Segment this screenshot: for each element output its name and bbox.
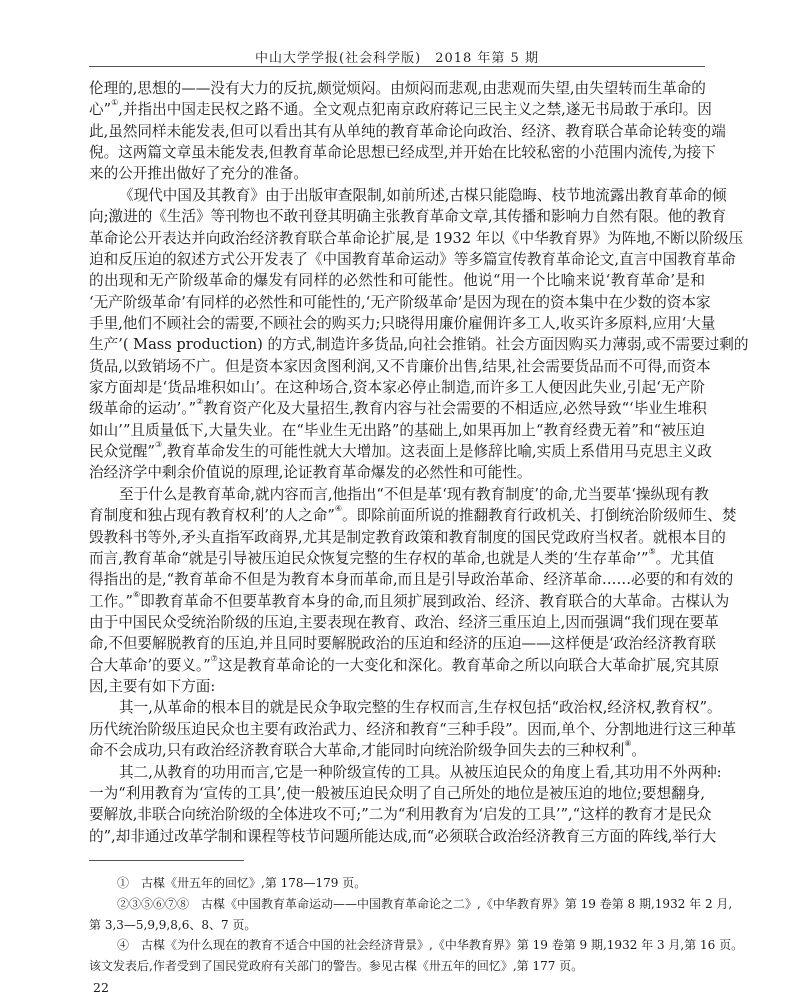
running-header: 中山大学学报(社会科学版) 2018 年第 5 期 — [0, 47, 794, 66]
body-line: 工作。”⑥即教育革命不但要革教育本身的命,而且须扩展到政治、经济、教育联合的大革… — [89, 591, 705, 612]
footnotes: ① 古楳《卅五年的回忆》,第 178—179 页。②③⑤⑥⑦⑧ 古楳《中国教育革… — [89, 873, 705, 977]
body-line: 一为“利用教育为‘宣传的工具’,使一般被压迫民众明了自己所处的地位是被压迫的地位… — [89, 783, 705, 804]
footnote-marker[interactable]: ③ — [155, 440, 162, 449]
body-line: 民众觉醒”③,教育革命发生的可能性就大大增加。这表面上是修辞比喻,实质上系借用马… — [89, 441, 705, 462]
footnote-marker[interactable]: ⑥ — [133, 590, 140, 599]
footnote-marker[interactable]: ① — [111, 98, 118, 107]
footnote-marker[interactable]: ⑧ — [624, 739, 631, 748]
header-divider — [89, 66, 705, 67]
body-line: 向;激进的《生活》等刊物也不敢刊登其明确主张教育革命文章,其传播和影响力自然有限… — [89, 206, 705, 227]
footnote-line: 该文发表后,作者受到了国民党政府有关部门的警告。参见古楳《卅五年的回忆》,第 1… — [89, 956, 705, 977]
body-line: 历代统治阶级压迫民众也主要有政治武力、经济和教育“三种手段”。因而,单个、分割地… — [89, 719, 705, 740]
body-line: 迫和反压迫的叙述方式公开发表了《中国教育革命运动》等多篇宣传教育革命论文,直言中… — [89, 249, 705, 270]
body-line: 货品,以致销场不广。但是资本家因贪图利润,又不肯廉价出售,结果,社会需要货品而不… — [89, 356, 705, 377]
body-line: 伦理的,思想的——没有大力的反抗,颇觉烦闷。由烦闷而悲观,由悲观而失望,由失望转… — [89, 78, 705, 99]
body-line: 育制度和独占现有教育权利’的人之命”④。即除前面所说的推翻教育行政机关、打倒统治… — [89, 505, 705, 526]
body-line: 倪。这两篇文章虽未能发表,但教育革命论思想已经成型,并开始在比较私密的小范围内流… — [89, 142, 705, 163]
footnote-marker[interactable]: ⑤ — [648, 547, 655, 556]
body-text: 伦理的,思想的——没有大力的反抗,颇觉烦闷。由烦闷而悲观,由悲观而失望,由失望转… — [89, 78, 705, 847]
body-line: 命不会成功,只有政治经济教育联合大革命,才能同时向统治阶级争回失去的三种权利⑧。 — [89, 740, 705, 761]
footnote-marker[interactable]: ② — [196, 397, 203, 406]
body-line: 生产’( Mass production) 的方式,制造许多货品,向社会推销。社… — [89, 334, 705, 355]
body-line: 来的公开推出做好了充分的准备。 — [89, 163, 705, 184]
body-line: 心”①,并指出中国走民权之路不通。全文观点犯南京政府蒋记三民主义之禁,遂无书局敢… — [89, 99, 705, 120]
body-line: 治经济学中剩余价值说的原理,论证教育革命爆发的必然性和可能性。 — [89, 462, 705, 483]
body-line: 毁教科书等外,矛头直指军政商界,尤其是制定教育政策和教育制度的国民党政府当权者。… — [89, 527, 705, 548]
body-line: ‘无产阶级革命’有同样的必然性和可能性的,‘无产阶级革命’是因为现在的资本集中在… — [89, 292, 705, 313]
body-line: 革命论公开表达并向政治经济教育联合革命论扩展,是 1932 年以《中华教育界》为… — [89, 228, 705, 249]
body-line: 因,主要有如下方面: — [89, 676, 705, 697]
body-line: 要解放,非联合向统治阶级的全体进攻不可;”二为“利用教育为‘启发的工具’”,“这… — [89, 804, 705, 825]
body-line: 《现代中国及其教育》由于出版审查限制,如前所述,古楳只能隐晦、枝节地流露出教育革… — [89, 185, 705, 206]
body-line: 其一,从革命的根本目的就是民众争取完整的生存权而言,生存权包括“政治权,经济权,… — [89, 697, 705, 718]
body-line: 如山’”且质量低下,大量失业。在“毕业生无出路”的基础上,如果再加上“教育经费无… — [89, 420, 705, 441]
body-line: 而言,教育革命“就是引导被压迫民众恢复完整的生存权的革命,也就是人类的‘生存革命… — [89, 548, 705, 569]
footnote-divider — [89, 860, 244, 861]
body-line: 级革命的运动’。”②教育资产化及大量招生,教育内容与社会需要的不相适应,必然导致… — [89, 398, 705, 419]
page-number: 22 — [93, 980, 109, 995]
body-line: 的”,却非通过改革学制和课程等枝节问题所能达成,而“必须联合政治经济教育三方面的… — [89, 826, 705, 847]
footnote-marker[interactable]: ⑦ — [211, 654, 218, 663]
body-line: 家方面却是‘货品堆积如山’。在这种场合,资本家必停止制造,而许多工人便因此失业,… — [89, 377, 705, 398]
body-line: 命,不但要解脱教育的压迫,并且同时要解脱政治的压迫和经济的压迫——这样便是‘政治… — [89, 633, 705, 654]
body-line: 手里,他们不顾社会的需要,不顾社会的购买力;只晓得用廉价雇佣许多工人,收买许多原… — [89, 313, 705, 334]
body-line: 至于什么是教育革命,就内容而言,他指出“不但是革‘现有教育制度’的命,尤当要革‘… — [89, 484, 705, 505]
footnote-line: ① 古楳《卅五年的回忆》,第 178—179 页。 — [89, 873, 705, 894]
body-line: 的出现和无产阶级革命的爆发有同样的必然性和可能性。他说“用一个比喻来说‘教育革命… — [89, 270, 705, 291]
footnote-line: 第 3,3—5,9,9,8,6、8、7 页。 — [89, 915, 705, 936]
footnote-line: ④ 古楳《为什么现在的教育不适合中国的社会经济背景》,《中华教育界》第 19 卷… — [89, 935, 705, 956]
body-line: 此,虽然同样未能发表,但可以看出其有从单纯的教育革命论向政治、经济、教育联合革命… — [89, 121, 705, 142]
body-line: 得指出的是,“教育革命不但是为教育本身而革命,而且是引导政治革命、经济革命……必… — [89, 569, 705, 590]
footnote-marker[interactable]: ④ — [335, 504, 342, 513]
body-line: 其二,从教育的功用而言,它是一种阶级宣传的工具。从被压迫民众的角度上看,其功用不… — [89, 762, 705, 783]
body-line: 由于中国民众受统治阶级的压迫,主要表现在教育、政治、经济三重压迫上,因而强调“我… — [89, 612, 705, 633]
body-line: 合大革命’的要义。”⑦这是教育革命论的一大变化和深化。教育革命之所以向联合大革命… — [89, 655, 705, 676]
footnote-line: ②③⑤⑥⑦⑧ 古楳《中国教育革命运动——中国教育革命论之二》,《中华教育界》第 … — [89, 894, 705, 915]
